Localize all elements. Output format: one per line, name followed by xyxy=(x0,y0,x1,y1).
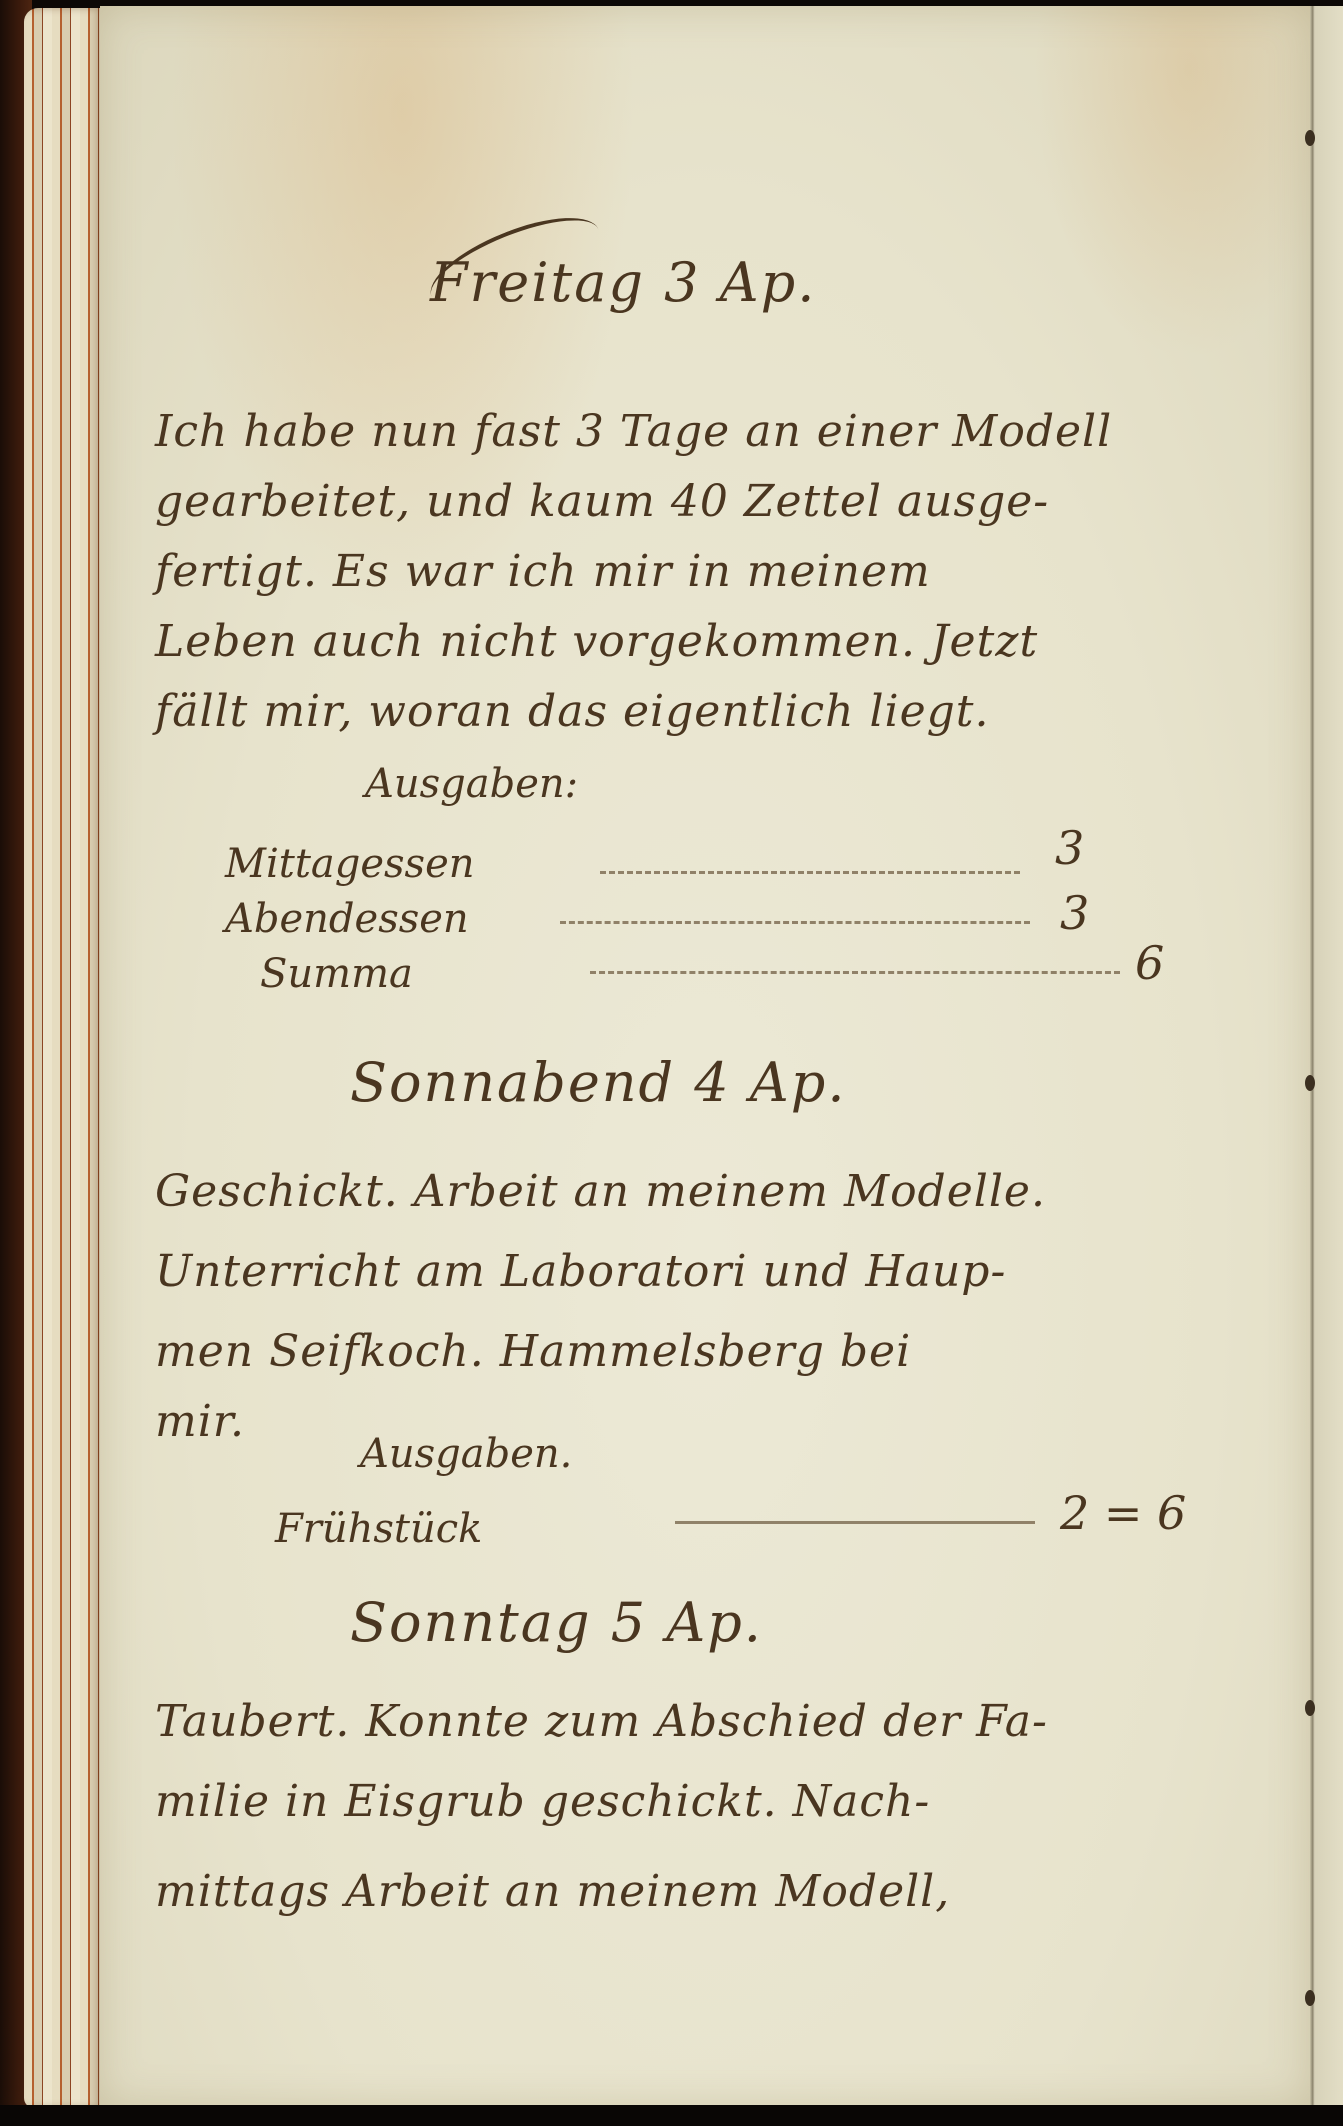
entry-line: Leben auch nicht vorgekommen. Jetzt xyxy=(155,616,1038,667)
expense-leader-line xyxy=(600,871,1020,874)
diary-page: Freitag 3 Ap. Ich habe nun fast 3 Tage a… xyxy=(100,6,1310,2106)
binding-stitch xyxy=(1305,130,1315,146)
entry-heading-friday: Freitag 3 Ap. xyxy=(430,251,816,314)
scan-border xyxy=(0,2105,1343,2126)
expenses-heading: Ausgaben. xyxy=(360,1431,572,1477)
entry-line: mir. xyxy=(155,1396,245,1447)
book-scan: Freitag 3 Ap. Ich habe nun fast 3 Tage a… xyxy=(0,0,1343,2110)
entry-line: mittags Arbeit an meinem Modell, xyxy=(155,1866,950,1917)
entry-line: Geschickt. Arbeit an meinem Modelle. xyxy=(155,1166,1046,1217)
entry-line: fertigt. Es war ich mir in meinem xyxy=(155,546,931,597)
expenses-heading: Ausgaben: xyxy=(365,761,578,807)
entry-line: Ich habe nun fast 3 Tage an einer Modell xyxy=(155,406,1112,457)
entry-line: gearbeitet, und kaum 40 Zettel ausge- xyxy=(155,476,1049,527)
expense-amount: 2 = 6 xyxy=(1060,1486,1186,1540)
expense-label: Frühstück xyxy=(275,1506,482,1552)
expense-amount: 3 xyxy=(1055,821,1084,875)
expense-leader-line xyxy=(675,1521,1035,1524)
entry-line: Taubert. Konnte zum Abschied der Fa- xyxy=(155,1696,1048,1747)
binding-stitch xyxy=(1305,1700,1315,1716)
binding-gutter xyxy=(1310,6,1343,2106)
expense-total-amount: 6 xyxy=(1135,936,1164,990)
entry-line: men Seifkoch. Hammelsberg bei xyxy=(155,1326,911,1377)
entry-line: Unterricht am Laboratori und Haup- xyxy=(155,1246,1006,1297)
entry-heading-saturday: Sonnabend 4 Ap. xyxy=(350,1051,847,1114)
binding-stitch xyxy=(1305,1075,1315,1091)
entry-line: milie in Eisgrub geschickt. Nach- xyxy=(155,1776,930,1827)
expense-label: Mittagessen xyxy=(225,841,475,887)
page-edges xyxy=(24,8,104,2108)
expense-label: Abendessen xyxy=(225,896,469,942)
expense-leader-line xyxy=(590,971,1120,974)
binding-stitch xyxy=(1305,1990,1315,2006)
entry-heading-sunday: Sonntag 5 Ap. xyxy=(350,1591,763,1654)
expense-leader-line xyxy=(560,921,1030,924)
entry-line: fällt mir, woran das eigentlich liegt. xyxy=(155,686,989,737)
expense-amount: 3 xyxy=(1060,886,1089,940)
expense-total-label: Summa xyxy=(260,951,413,997)
